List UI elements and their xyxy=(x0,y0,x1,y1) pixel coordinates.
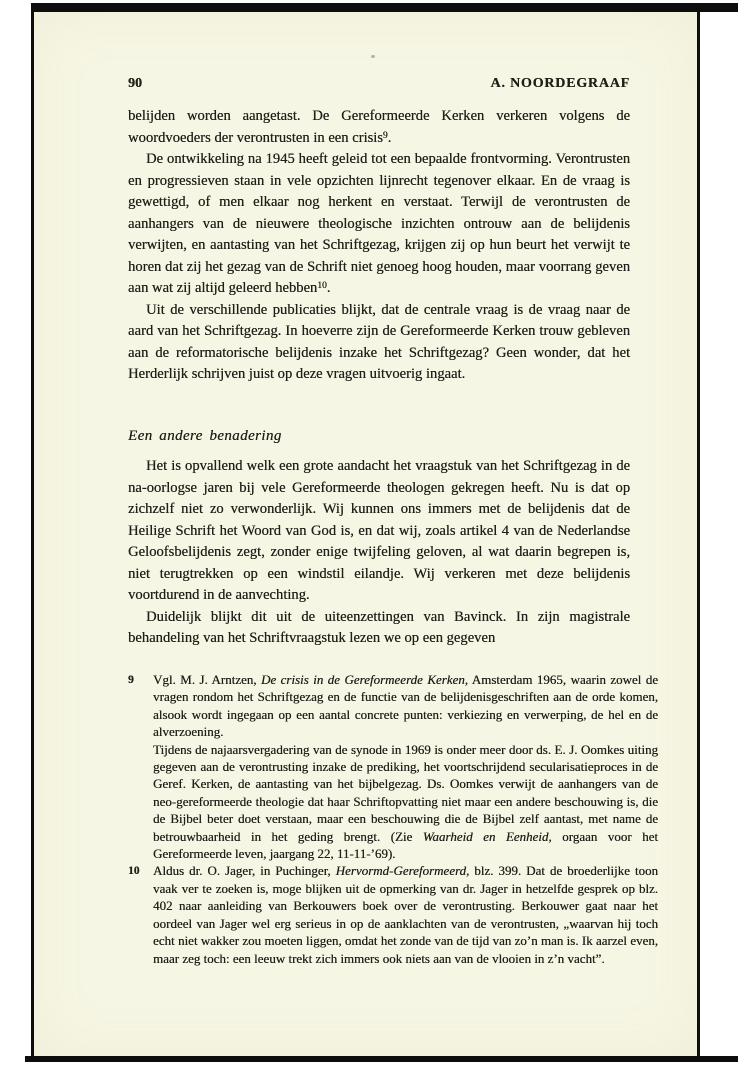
paragraph: Uit de verschillende publicaties blijkt,… xyxy=(128,300,630,386)
footnotes-section: 9 Vgl. M. J. Arntzen, De crisis in de Ge… xyxy=(128,671,658,967)
section-heading: Een andere benadering xyxy=(128,428,282,445)
footnote-text-segment: Vgl. M. J. Arntzen, xyxy=(153,672,261,687)
paragraph-text: . xyxy=(388,130,392,146)
paragraph-continuation: belijden worden aangetast. De Gereformee… xyxy=(128,106,630,149)
paragraph-text: . xyxy=(327,280,331,296)
paragraph: Duidelijk blijkt dit uit de uiteenzettin… xyxy=(128,607,630,650)
footnote-9: 9 Vgl. M. J. Arntzen, De crisis in de Ge… xyxy=(128,671,658,862)
footnote-ref-10: 10 xyxy=(317,281,327,291)
scan-top-bar xyxy=(697,3,738,12)
footnote-text-segment: blz. 399. Dat de broederlijke toon vaak … xyxy=(153,863,658,965)
scan-bottom-bar xyxy=(25,1056,738,1062)
footnote-10: 10 Aldus dr. O. Jager, in Puchinger, Her… xyxy=(128,862,658,966)
scanned-book-page: 90 A. NOORDEGRAAF belijden worden aanget… xyxy=(0,0,738,1068)
footnote-paragraph: Tijdens de najaarsvergadering van de syn… xyxy=(153,741,658,863)
footnote-text: Aldus dr. O. Jager, in Puchinger, Hervor… xyxy=(153,862,658,966)
page-number: 90 xyxy=(128,76,142,92)
footnote-paragraph: Aldus dr. O. Jager, in Puchinger, Hervor… xyxy=(153,862,658,966)
paragraph-text: De ontwikkeling na 1945 heeft geleid tot… xyxy=(128,151,630,296)
body-block-2: Het is opvallend welk een grote aandacht… xyxy=(128,456,630,650)
footnote-book-title: De crisis in de Gereformeerde Kerken, xyxy=(261,672,468,687)
running-header: 90 A. NOORDEGRAAF xyxy=(128,76,630,92)
body-block-1: belijden worden aangetast. De Gereformee… xyxy=(128,106,630,386)
footnote-text: Vgl. M. J. Arntzen, De crisis in de Gere… xyxy=(153,671,658,862)
scan-speck xyxy=(371,55,375,58)
footnote-book-title: Hervormd-Gereformeerd, xyxy=(336,863,470,878)
running-head: A. NOORDEGRAAF xyxy=(490,76,630,92)
paragraph-text: belijden worden aangetast. De Gereformee… xyxy=(128,108,630,146)
paragraph: De ontwikkeling na 1945 heeft geleid tot… xyxy=(128,149,630,300)
paragraph: Het is opvallend welk een grote aandacht… xyxy=(128,456,630,607)
footnote-text-segment: Aldus dr. O. Jager, in Puchinger, xyxy=(153,863,336,878)
footnote-number: 10 xyxy=(128,862,140,966)
footnote-number: 9 xyxy=(128,671,140,862)
footnote-journal-title: Waarheid en Eenheid, xyxy=(423,829,552,844)
footnote-paragraph: Vgl. M. J. Arntzen, De crisis in de Gere… xyxy=(153,671,658,741)
